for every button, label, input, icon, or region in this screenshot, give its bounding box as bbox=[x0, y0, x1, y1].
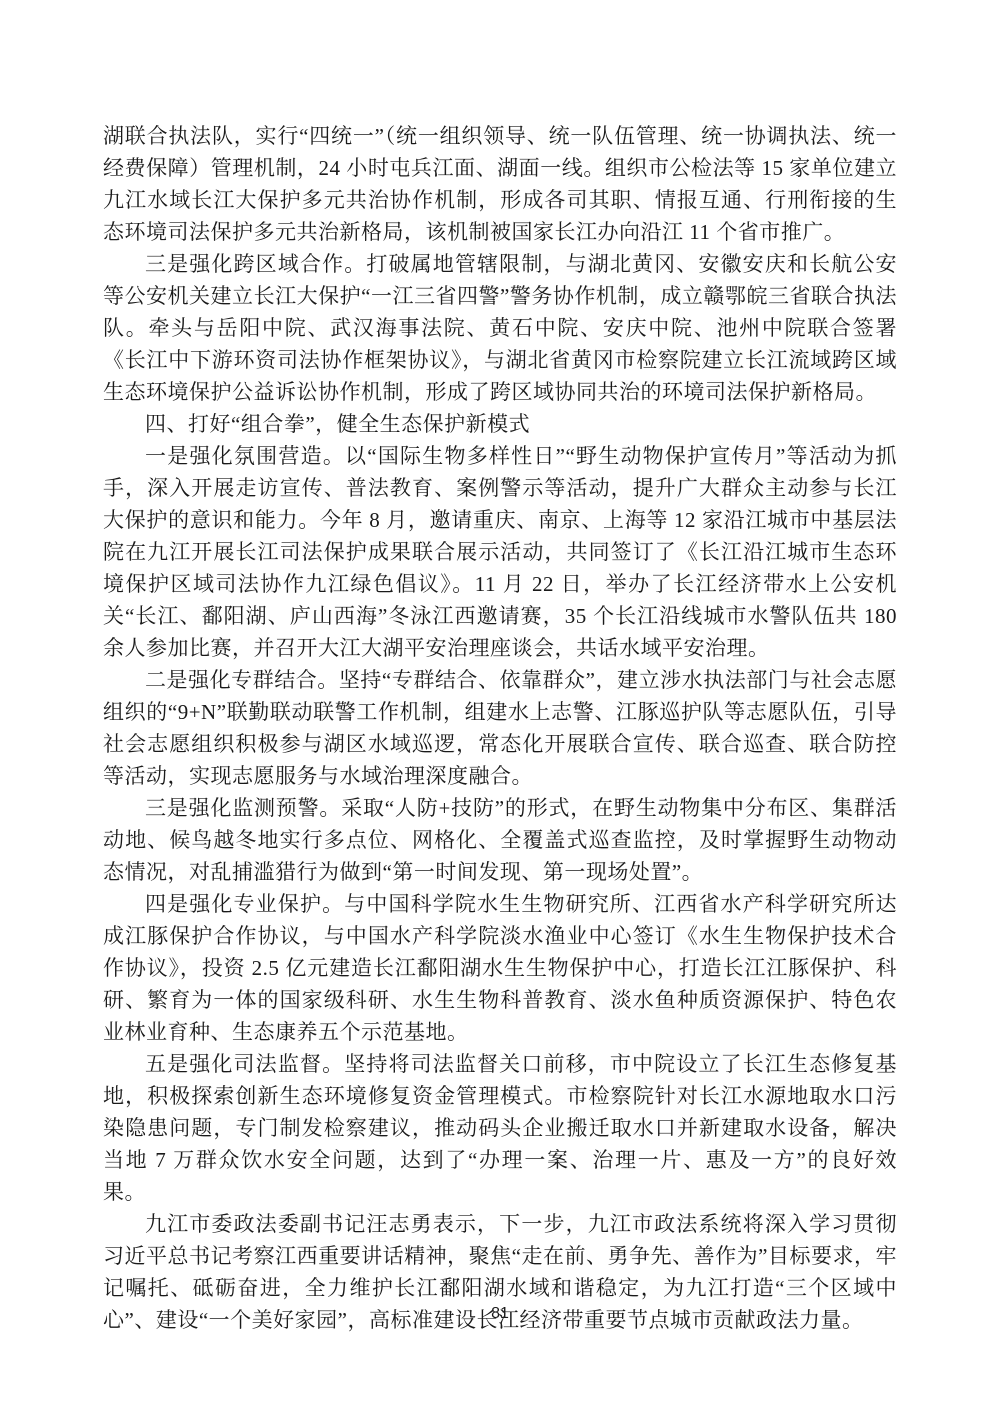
paragraph-atmosphere-building: 一是强化氛围营造。以“国际生物多样性日”“野生动物保护宣传月”等活动为抓手，深入… bbox=[103, 440, 897, 664]
paragraph-continuation: 湖联合执法队，实行“四统一”（统一组织领导、统一队伍管理、统一协调执法、统一经费… bbox=[103, 120, 897, 248]
paragraph-specialist-mass-combination: 二是强化专群结合。坚持“专群结合、依靠群众”，建立涉水执法部门与社会志愿组织的“… bbox=[103, 664, 897, 792]
paragraph-cross-region-cooperation: 三是强化跨区域合作。打破属地管辖限制，与湖北黄冈、安徽安庆和长航公安等公安机关建… bbox=[103, 248, 897, 408]
paragraph-monitoring-warning: 三是强化监测预警。采取“人防+技防”的形式，在野生动物集中分布区、集群活动地、候… bbox=[103, 792, 897, 888]
paragraph-professional-protection: 四是强化专业保护。与中国科学院水生生物研究所、江西省水产科学研究所达成江豚保护合… bbox=[103, 888, 897, 1048]
document-page: 湖联合执法队，实行“四统一”（统一组织领导、统一队伍管理、统一协调执法、统一经费… bbox=[0, 0, 1000, 1414]
paragraph-judicial-supervision: 五是强化司法监督。坚持将司法监督关口前移，市中院设立了长江生态修复基地，积极探索… bbox=[103, 1048, 897, 1208]
document-body: 湖联合执法队，实行“四统一”（统一组织领导、统一队伍管理、统一协调执法、统一经费… bbox=[103, 120, 897, 1336]
page-number: 81 bbox=[0, 1303, 1000, 1325]
section-heading-four: 四、打好“组合拳”，健全生态保护新模式 bbox=[103, 408, 897, 440]
